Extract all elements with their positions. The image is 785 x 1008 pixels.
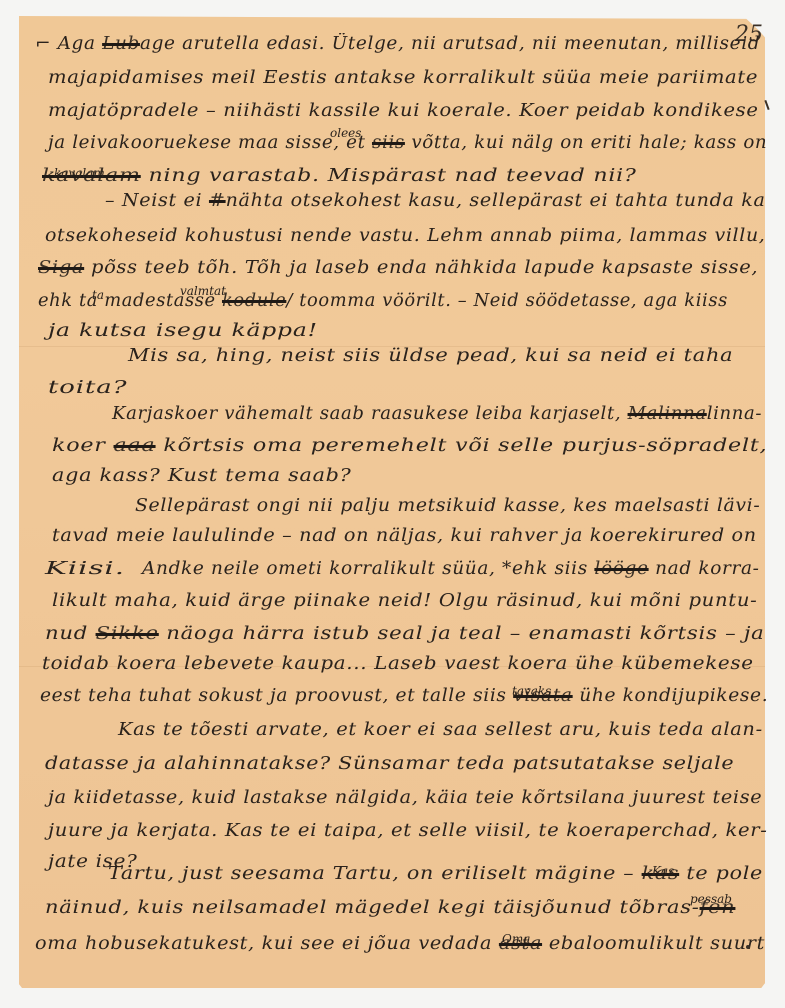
- line-text: majatöpradele – niihästi kassile kui koe…: [48, 101, 759, 121]
- struck-word: lööge: [594, 559, 648, 579]
- manuscript-scan: 25 ⌐ Aga Lubage arutella edasi. Ütelge, …: [0, 0, 785, 1008]
- line-text: ja leivakooruekese maa sisse, et: [48, 133, 372, 153]
- interlinear-insertion: tavaks: [512, 684, 551, 698]
- line-text: linna-: [707, 404, 762, 424]
- manuscript-line: otsekoheseid kohustusi nende vastu. Lehm…: [45, 226, 765, 246]
- line-text: nähta otsekohest kasu, sellepärast ei ta…: [226, 191, 766, 211]
- manuscript-line: kavalam ning varastab. Mispärast nad tee…: [42, 166, 637, 186]
- manuscript-line: koer aaa kõrtsis oma peremehelt või sell…: [52, 436, 767, 456]
- line-text: Andke neile ometi korralikult süüa,: [142, 559, 502, 579]
- manuscript-line: ja kutsa isegu käppa!: [48, 321, 318, 341]
- manuscript-line: majapidamises meil Eestis antakse korral…: [48, 68, 758, 88]
- line-text: nad korra-: [649, 559, 760, 579]
- line-text: ebaloomulikult suurt: [542, 934, 765, 954]
- line-text: võtta, kui nälg on eriti hale; kass on: [405, 133, 767, 153]
- line-text: ning varastab. Mispärast nad teevad nii?: [141, 166, 637, 186]
- struck-word: siis: [372, 133, 405, 153]
- line-text: toidab koera lebevete kaupa... Laseb vae…: [42, 654, 754, 674]
- manuscript-line: Andke neile ometi korralikult süüa, *ehk…: [142, 559, 760, 579]
- manuscript-line: ja leivakooruekese maa sisse, et siis võ…: [48, 133, 767, 153]
- manuscript-line: tavad meie laululinde – nad on näljas, k…: [52, 526, 757, 546]
- manuscript-line: eest teha tuhat sokust ja proovust, et t…: [40, 686, 768, 706]
- line-text: nud: [45, 624, 96, 644]
- manuscript-line: nud Sikke näoga härra istub seal ja teal…: [45, 624, 765, 644]
- line-text: ja kiidetasse, kuid lastakse nälgida, kä…: [48, 788, 762, 808]
- line-text: näoga härra istub seal ja teal – enamast…: [159, 624, 765, 644]
- line-text: ehk: [38, 291, 79, 311]
- line-text: aga kass? Kust tema saab?: [52, 466, 352, 486]
- struck-word: aaa: [114, 436, 156, 456]
- interlinear-insertion: pessab: [690, 892, 732, 906]
- line-text: näinud, kuis neilsamadel mägedel kegi tä…: [45, 898, 700, 918]
- manuscript-line: näinud, kuis neilsamadel mägedel kegi tä…: [45, 898, 735, 918]
- interlinear-insertion: Kas: [652, 864, 674, 878]
- line-text: Tartu, just seesama Tartu, on eriliselt …: [108, 864, 642, 884]
- line-text: ja kutsa isegu käppa!: [48, 321, 318, 341]
- struck-word: Sikke: [96, 624, 159, 644]
- line-text: Mis sa, hing, neist siis üldse pead, kui…: [128, 346, 733, 366]
- interlinear-insertion: Oma: [502, 932, 530, 946]
- line-text: *: [502, 559, 512, 579]
- struck-word: Lub: [102, 34, 140, 54]
- line-text: koer: [52, 436, 114, 456]
- line-text: / toomma vöörilt. – Neid söödetasse, aga…: [286, 291, 728, 311]
- manuscript-line: datasse ja alahinnatakse? Sünsamar teda …: [45, 754, 734, 774]
- manuscript-line: likult maha, kuid ärge piinake neid! Olg…: [52, 591, 757, 611]
- manuscript-line: toita?: [48, 378, 127, 398]
- manuscript-line: Kas te tõesti arvate, et koer ei saa sel…: [118, 720, 763, 740]
- manuscript-line: majatöpradele – niihästi kassile kui koe…: [48, 101, 759, 121]
- interlinear-insertion: olees: [330, 126, 361, 140]
- line-text: eest teha tuhat sokust ja proovust, et t…: [40, 686, 513, 706]
- line-text: oma hobusekatukest, kui see ei jõua veda…: [35, 934, 499, 954]
- line-text: – Neist ei: [105, 191, 209, 211]
- line-text: põss teeb tõh. Tõh ja laseb enda nähkida…: [84, 258, 758, 278]
- manuscript-line: ja kiidetasse, kuid lastakse nälgida, kä…: [48, 788, 762, 808]
- struck-word: Siga: [38, 258, 84, 278]
- line-text: majapidamises meil Eestis antakse korral…: [48, 68, 758, 88]
- margin-mark: [764, 100, 769, 110]
- line-text: Kas te tõesti arvate, et koer ei saa sel…: [118, 720, 763, 740]
- struck-word: #: [209, 191, 226, 211]
- manuscript-line: Karjaskoer vähemalt saab raasukese leiba…: [112, 404, 762, 424]
- interlinear-insertion: ta: [92, 288, 104, 302]
- line-text: ehk siis: [512, 559, 594, 579]
- manuscript-line: aga kass? Kust tema saab?: [52, 466, 352, 486]
- line-text: ühe kondijupikese.: [573, 686, 769, 706]
- interlinear-insertion: kavalam: [54, 166, 105, 180]
- manuscript-line: – Neist ei #nähta otsekohest kasu, selle…: [105, 191, 765, 211]
- struck-word: Malinna: [628, 404, 707, 424]
- line-text: Kiisi.: [45, 559, 125, 579]
- line-text: ⌐ Aga: [35, 34, 102, 54]
- line-text: juure ja kerjata. Kas te ei taipa, et se…: [48, 821, 768, 841]
- manuscript-line: ⌐ Aga Lubage arutella edasi. Ütelge, nii…: [35, 34, 760, 54]
- manuscript-line: ehk ta madestasse kodule/ toomma vöörilt…: [38, 291, 728, 311]
- line-text: toita?: [48, 378, 127, 398]
- line-text: te pole: [679, 864, 763, 884]
- line-text: Sellepärast ongi nii palju metsikuid kas…: [135, 496, 760, 516]
- line-text: kõrtsis oma peremehelt või selle purjus-…: [156, 436, 768, 456]
- line-text: tavad meie laululinde – nad on näljas, k…: [52, 526, 757, 546]
- manuscript-line: toidab koera lebevete kaupa... Laseb vae…: [42, 654, 754, 674]
- manuscript-line: Mis sa, hing, neist siis üldse pead, kui…: [128, 346, 733, 366]
- line-text: Karjaskoer vähemalt saab raasukese leiba…: [112, 404, 628, 424]
- ink-dot: [746, 945, 750, 949]
- line-text: likult maha, kuid ärge piinake neid! Olg…: [52, 591, 757, 611]
- line-text: otsekoheseid kohustusi nende vastu. Lehm…: [45, 226, 765, 246]
- line-text: age arutella edasi. Ütelge, nii arutsad,…: [140, 34, 760, 54]
- manuscript-line: Kiisi.: [45, 559, 125, 579]
- manuscript-line: oma hobusekatukest, kui see ei jõua veda…: [35, 934, 765, 954]
- manuscript-line: Sellepärast ongi nii palju metsikuid kas…: [135, 496, 760, 516]
- manuscript-line: juure ja kerjata. Kas te ei taipa, et se…: [48, 821, 768, 841]
- manuscript-line: Siga põss teeb tõh. Tõh ja laseb enda nä…: [38, 258, 758, 278]
- struck-word: kodule: [222, 291, 286, 311]
- line-text: datasse ja alahinnatakse? Sünsamar teda …: [45, 754, 734, 774]
- interlinear-insertion: valmtat: [180, 284, 226, 298]
